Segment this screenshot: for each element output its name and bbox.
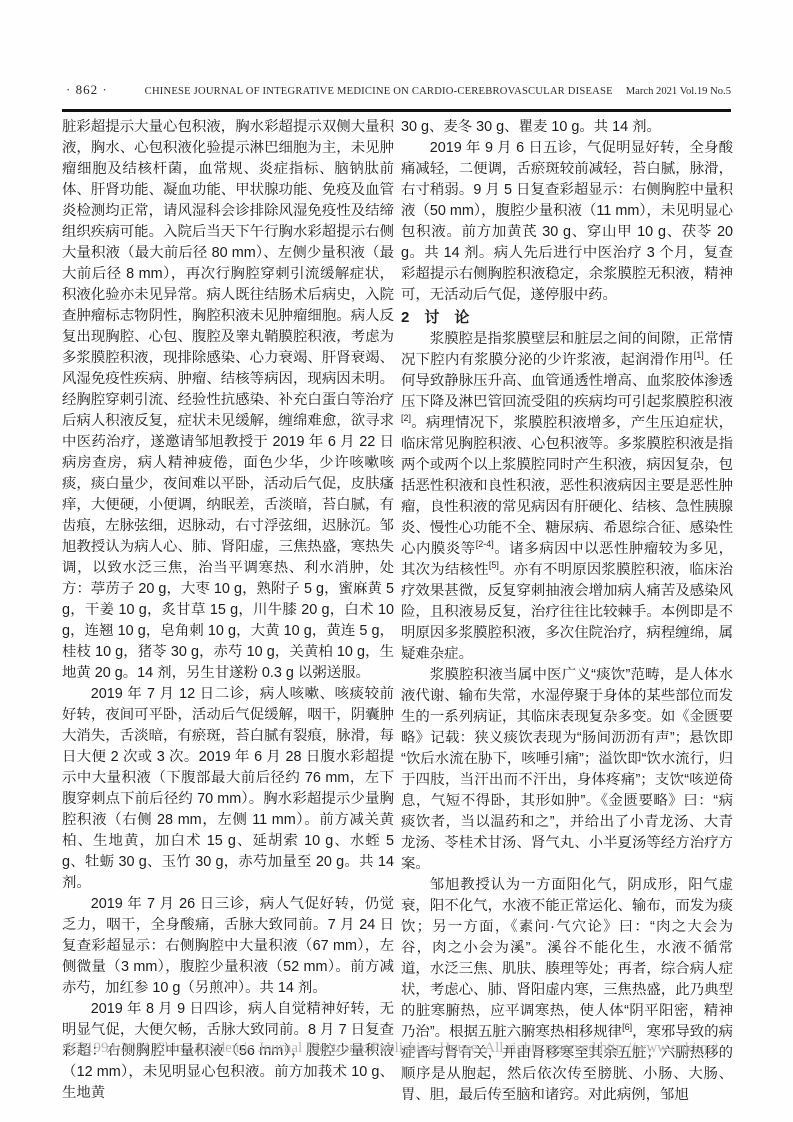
reference-marker: [2] [401,413,411,423]
reference-marker: [2-4] [476,539,494,549]
page-number: · 862 · [66,82,108,98]
paragraph: 30 g、麦冬 30 g、瞿麦 10 g。共 14 剂。 [401,117,733,138]
header-divider [62,109,731,112]
reference-marker: [6] [622,1022,632,1032]
right-column: 30 g、麦冬 30 g、瞿麦 10 g。共 14 剂。2019 年 9 月 6… [401,117,733,1106]
paragraph: 浆膜腔是指浆膜壁层和脏层之间的间隙，正常情况下腔内有浆膜分泌的少许浆液，起润滑作… [401,329,733,665]
journal-page: · 862 · CHINESE JOURNAL OF INTEGRATIVE M… [0,0,793,1122]
paragraph: 脏彩超提示大量心包积液，胸水彩超提示双侧大量积液，胸水、心包积液化验提示淋巴细胞… [62,117,394,684]
journal-issue-info: March 2021 Vol.19 No.5 [626,86,731,97]
paragraph: 2019 年 7 月 26 日三诊，病人气促好转，仍觉乏力，咽干，全身酸痛，舌脉… [62,894,394,999]
reference-marker: [1] [694,350,704,360]
journal-title: CHINESE JOURNAL OF INTEGRATIVE MEDICINE … [145,86,613,97]
paragraph: 2019 年 7 月 12 日二诊，病人咳嗽、咳痰较前好转，夜间可平卧，活动后气… [62,684,394,894]
left-column: 脏彩超提示大量心包积液，胸水彩超提示双侧大量积液，胸水、心包积液化验提示淋巴细胞… [62,117,394,1104]
section-heading: 2 讨 论 [401,307,733,328]
paragraph: 邹旭教授认为一方面阳化气，阴成形，阳气虚衰，阳不化气，水液不能正常运化、输布，而… [401,875,733,1106]
paragraph: 2019 年 9 月 6 日五诊，气促明显好转，全身酸痛减轻，二便调，舌瘀斑较前… [401,138,733,306]
page-header: · 862 · CHINESE JOURNAL OF INTEGRATIVE M… [66,82,731,98]
footer-url: http://www.cnki.net [600,1040,719,1057]
reference-marker: [5] [489,560,499,570]
page-footer: (C)1994-2021 China Academic Journal Elec… [66,1040,714,1057]
copyright-notice: (C)1994-2021 China Academic Journal Elec… [66,1040,600,1057]
paragraph: 浆膜腔积液当属中医广义“痰饮”范畴，是人体水液代谢、输布失常，水湿停聚于身体的某… [401,665,733,875]
